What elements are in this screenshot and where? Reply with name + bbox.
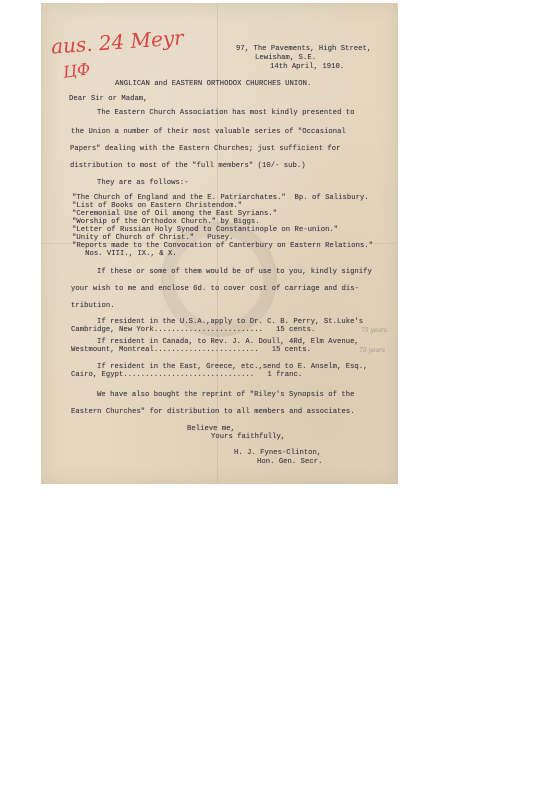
red-handwritten-initials: ЦФ <box>62 59 92 82</box>
para2-line: your wish to me and enclose 6d. to cover… <box>71 285 359 294</box>
paper-list-item: Nos. VIII., IX., & X. <box>72 250 177 259</box>
salutation: Dear Sir or Madam, <box>69 95 148 104</box>
para1-line: distribution to most of the "full member… <box>70 162 306 171</box>
address-line-1: 97, The Pavements, High Street, <box>236 45 371 54</box>
letter-heading: ANGLICAN and EASTERN ORTHODOX CHURCHES U… <box>115 80 311 89</box>
para2-line: tribution. <box>71 302 115 311</box>
canada-line-2: Westmount, Montreal.....................… <box>71 346 311 355</box>
list-intro: They are as follows:- <box>97 179 189 188</box>
usa-line-2: Cambridge, New York.....................… <box>71 326 315 335</box>
para2-line: If these or some of them would be of use… <box>97 268 372 277</box>
signatory-name: H. J. Fynes-Clinton, <box>234 449 321 458</box>
pencil-note-usa: 75 years <box>361 327 387 334</box>
east-line-2: Cairo, Egypt............................… <box>71 371 302 380</box>
letter-page: aus. 24 Meyr ЦФ 97, The Pavements, High … <box>41 3 398 484</box>
letter-date: 14th April, 1910. <box>270 63 344 72</box>
address-line-2: Lewisham, S.E. <box>255 54 316 63</box>
red-handwritten-note: aus. 24 Meyr <box>50 25 184 58</box>
signatory-title: Hon. Gen. Secr. <box>257 458 322 467</box>
para1-line: Papers" dealing with the Eastern Churche… <box>70 145 341 154</box>
para1-line: The Eastern Church Association has most … <box>97 109 354 118</box>
pencil-note-canada: 75 years <box>359 347 385 354</box>
para3-line: We have also bought the reprint of "Rile… <box>97 391 354 400</box>
para1-line: the Union a number of their most valuabl… <box>71 128 346 137</box>
para3-line: Eastern Churches" for distribution to al… <box>71 408 355 417</box>
closing-yours-faithfully: Yours faithfully, <box>211 433 285 442</box>
